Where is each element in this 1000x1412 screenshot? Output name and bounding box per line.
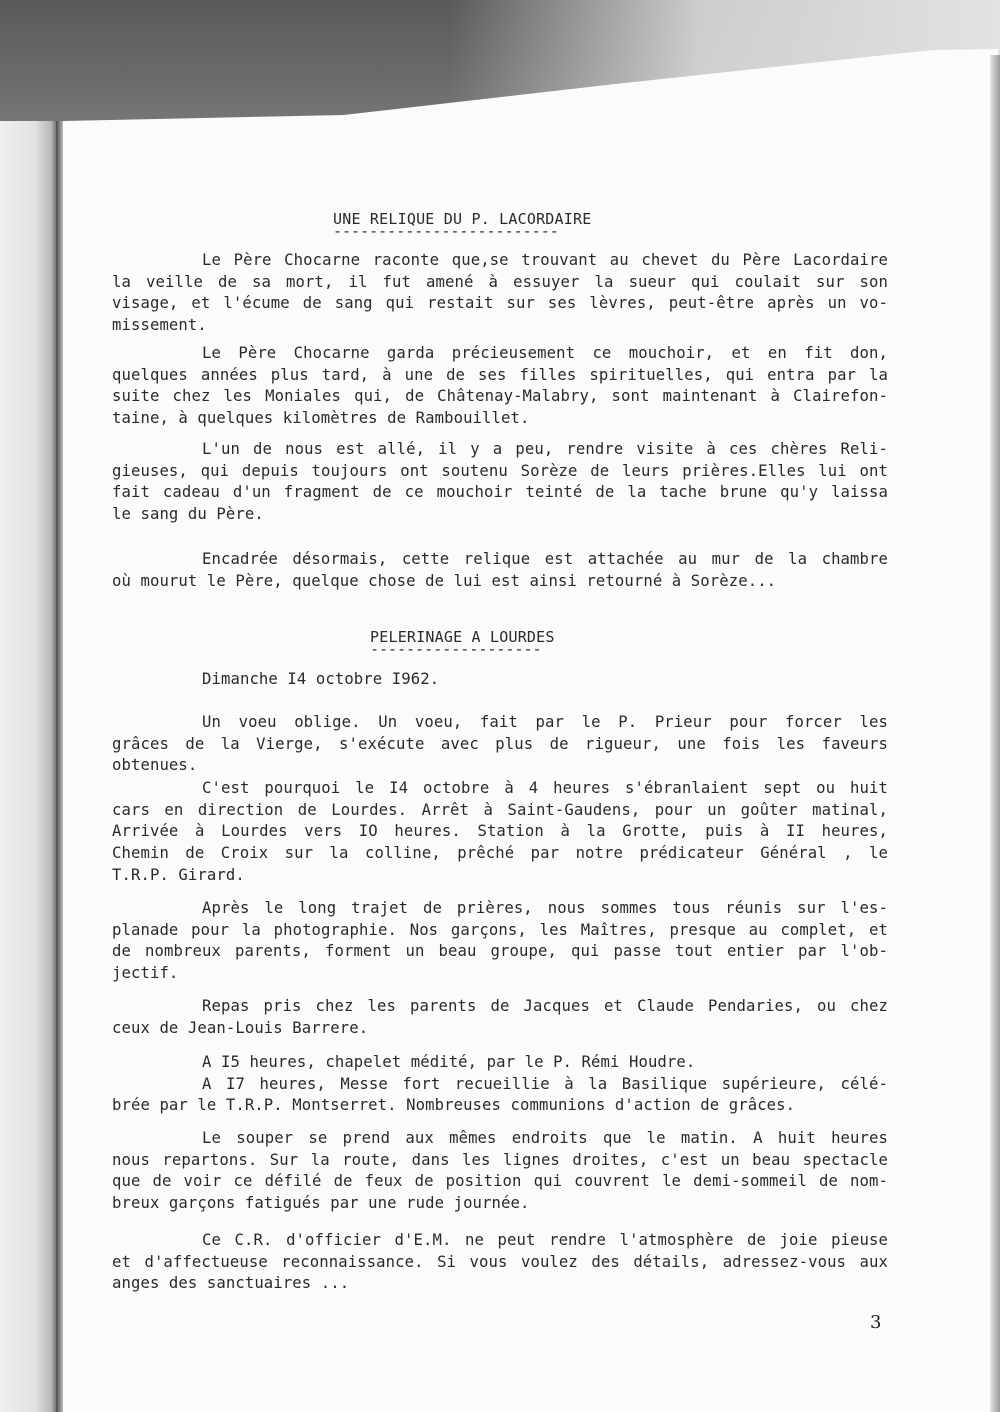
text-line: Un voeu oblige. Un voeu, fait par le P. … bbox=[112, 712, 888, 734]
paragraph: Le Père Chocarne raconte que,se trouvant… bbox=[112, 250, 888, 337]
paragraph: Un voeu oblige. Un voeu, fait par le P. … bbox=[112, 712, 888, 777]
heading-underline: ------------------- bbox=[370, 640, 555, 658]
text-line: breux garçons fatigués par une rude jour… bbox=[112, 1193, 888, 1215]
text-line: Le Père Chocarne garda précieusement ce … bbox=[112, 343, 888, 365]
section-heading-pelerinage: PELERINAGE A LOURDES ------------------- bbox=[370, 628, 555, 658]
paragraph: Le Père Chocarne garda précieusement ce … bbox=[112, 343, 888, 430]
text-line: A I7 heures, Messe fort recueillie à la … bbox=[112, 1074, 888, 1096]
text-line: la veille de sa mort, il fut amené à ess… bbox=[112, 272, 888, 294]
paragraph: Après le long trajet de prières, nous so… bbox=[112, 898, 888, 985]
paragraph: L'un de nous est allé, il y a peu, rendr… bbox=[112, 439, 888, 526]
text-line: L'un de nous est allé, il y a peu, rendr… bbox=[112, 439, 888, 461]
text-line: Arrivée à Lourdes vers IO heures. Statio… bbox=[112, 821, 888, 843]
paragraph: Repas pris chez les parents de Jacques e… bbox=[112, 996, 888, 1039]
text-line: Dimanche I4 octobre I962. bbox=[112, 669, 888, 691]
text-line: où mourut le Père, quelque chose de lui … bbox=[112, 571, 888, 593]
text-line: visage, et l'écume de sang qui restait s… bbox=[112, 293, 888, 315]
text-line: quelques années plus tard, à une de ses … bbox=[112, 365, 888, 387]
text-line: fait cadeau d'un fragment de ce mouchoir… bbox=[112, 482, 888, 504]
paragraph: A I5 heures, chapelet médité, par le P. … bbox=[112, 1052, 888, 1117]
text-line: Chemin de Croix sur la colline, prêché p… bbox=[112, 843, 888, 865]
paragraph-date: Dimanche I4 octobre I962. bbox=[112, 669, 888, 691]
text-line: Ce C.R. d'officier d'E.M. ne peut rendre… bbox=[112, 1230, 888, 1252]
text-line: planade pour la photographie. Nos garçon… bbox=[112, 920, 888, 942]
section-heading-relique: UNE RELIQUE DU P. LACORDAIRE -----------… bbox=[333, 210, 591, 240]
text-line: grâces de la Vierge, s'exécute avec plus… bbox=[112, 734, 888, 756]
heading-underline: ------------------------- bbox=[333, 222, 591, 240]
text-line: missement. bbox=[112, 315, 888, 337]
text-line: cars en direction de Lourdes. Arrêt à Sa… bbox=[112, 800, 888, 822]
text-line: Repas pris chez les parents de Jacques e… bbox=[112, 996, 888, 1018]
paragraph: Ce C.R. d'officier d'E.M. ne peut rendre… bbox=[112, 1230, 888, 1295]
text-line: nous repartons. Sur la route, dans les l… bbox=[112, 1150, 888, 1172]
text-line: anges des sanctuaires ... bbox=[112, 1273, 888, 1295]
page-content: UNE RELIQUE DU P. LACORDAIRE -----------… bbox=[0, 0, 1000, 1412]
paragraph: Le souper se prend aux mêmes endroits qu… bbox=[112, 1128, 888, 1215]
text-line: T.R.P. Girard. bbox=[112, 865, 888, 887]
text-line: Le souper se prend aux mêmes endroits qu… bbox=[112, 1128, 888, 1150]
text-line: le sang du Père. bbox=[112, 504, 888, 526]
text-line: C'est pourquoi le I4 octobre à 4 heures … bbox=[112, 778, 888, 800]
text-line: brée par le T.R.P. Montserret. Nombreuse… bbox=[112, 1095, 888, 1117]
text-line: Le Père Chocarne raconte que,se trouvant… bbox=[112, 250, 888, 272]
text-line: et d'affectueuse reconnaissance. Si vous… bbox=[112, 1252, 888, 1274]
text-line: ceux de Jean-Louis Barrere. bbox=[112, 1018, 888, 1040]
text-line: suite chez les Moniales qui, de Châtenay… bbox=[112, 386, 888, 408]
text-line: A I5 heures, chapelet médité, par le P. … bbox=[112, 1052, 888, 1074]
text-line: gieuses, qui depuis toujours ont soutenu… bbox=[112, 461, 888, 483]
text-line: Après le long trajet de prières, nous so… bbox=[112, 898, 888, 920]
page-number: 3 bbox=[870, 1312, 882, 1333]
text-line: Encadrée désormais, cette relique est at… bbox=[112, 549, 888, 571]
text-line: taine, à quelques kilomètres de Rambouil… bbox=[112, 408, 888, 430]
text-line: que de voir ce défilé de feux de positio… bbox=[112, 1171, 888, 1193]
paragraph: C'est pourquoi le I4 octobre à 4 heures … bbox=[112, 778, 888, 887]
text-line: de nombreux parents, forment un beau gro… bbox=[112, 941, 888, 963]
text-line: obtenues. bbox=[112, 755, 888, 777]
text-line: jectif. bbox=[112, 963, 888, 985]
paragraph: Encadrée désormais, cette relique est at… bbox=[112, 549, 888, 592]
